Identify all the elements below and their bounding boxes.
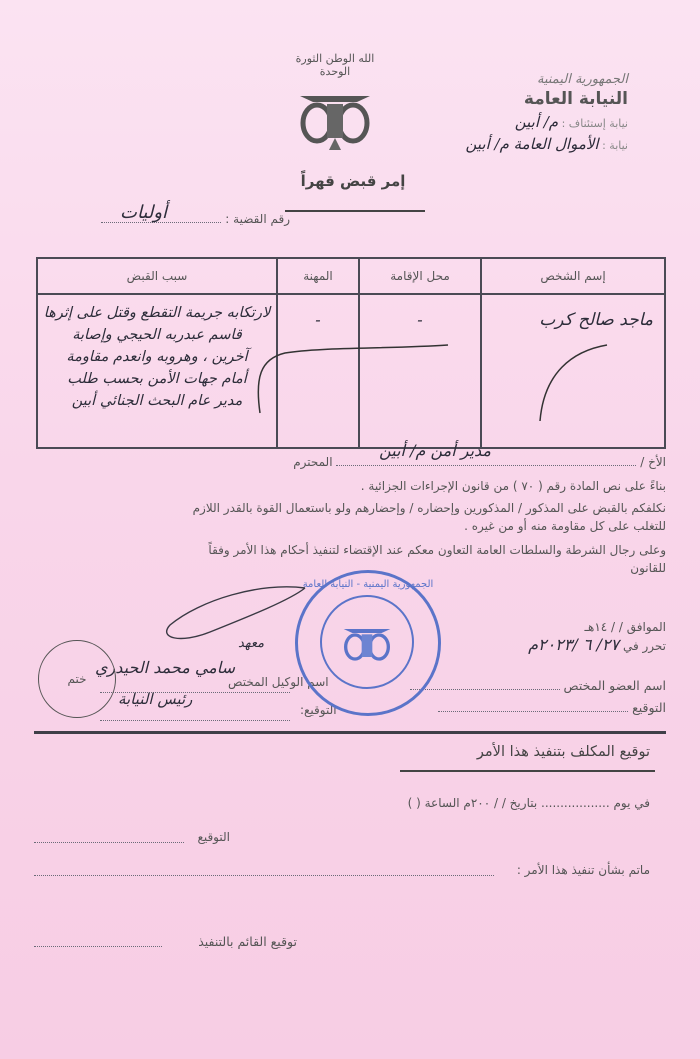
instruction-line-2: للتغلب على كل مقاومة منه أو من غيره . (26, 518, 666, 534)
official-stamp: الجمهورية اليمنية - النيابة العامة (295, 570, 441, 716)
cell-residence[interactable]: - (359, 294, 481, 448)
column-header-residence: محل الإقامة (359, 258, 481, 294)
addressee-suffix: المحترم (293, 455, 332, 469)
arrest-reason: لارتكابه جريمة التقطع وقتل على إثرها قاس… (39, 296, 275, 418)
member-sign-label: التوقيع (632, 700, 666, 715)
instruction-line-1: نكلفكم بالقبض على المذكور / المذكورين وإ… (26, 500, 666, 516)
appeal-prosecution-line: نيابة إستئناف : م/ أبين (348, 113, 628, 131)
person-name: ماجد صالح كرب (483, 296, 663, 330)
execution-result-label: ماتم بشأن تنفيذ هذا الأمر : (517, 863, 650, 877)
date-block: الموافق / / ١٤هـ تحرر في ٢٧/ ٦ /٢٠٢٣م (416, 618, 666, 655)
stamp-inner-ring (320, 595, 414, 689)
member-sign-row: التوقيع (366, 700, 666, 715)
column-header-name: إسم الشخص (481, 258, 665, 294)
executor-sign-field[interactable] (34, 946, 162, 947)
table-row: ماجد صالح كرب - - لارتكابه جريمة التقطع … (37, 294, 665, 448)
written-date-label: تحرر في (623, 639, 666, 653)
execution-title: توقيع المكلف بتنفيذ هذا الأمر (477, 744, 650, 760)
agent-title-handwritten: رئيس النيابة (118, 690, 192, 708)
residence-value: - (361, 296, 479, 329)
member-name-label: اسم العضو المختص (564, 678, 666, 693)
addressee-label: الأخ / (640, 455, 666, 469)
execution-sign-label: التوقيع (197, 830, 230, 844)
executor-sign-label: توقيع القائم بالتنفيذ (198, 934, 297, 949)
seal-placeholder: ختم (38, 640, 116, 718)
hijri-date-value[interactable]: / / ١٤هـ (585, 620, 623, 634)
execution-result-field[interactable] (34, 875, 494, 876)
stamp-emblem-icon (337, 617, 397, 667)
reason-line: لارتكابه جريمة التقطع وقتل على إثرها (43, 302, 271, 324)
strike-mark-icon (532, 343, 612, 423)
document-title: إمر قبض قهراً (278, 172, 428, 190)
case-number-label: رقم القضية : (225, 212, 290, 226)
addressee-field[interactable] (336, 465, 636, 466)
agent-name-handwritten: سامي محمد الحيدري (95, 658, 235, 677)
appeal-prosecution-label: نيابة إستئناف : (562, 117, 628, 130)
section-divider (34, 731, 666, 734)
republic-name: الجمهورية اليمنية (348, 72, 628, 87)
appeal-prosecution-value[interactable]: م/ أبين (515, 113, 558, 131)
case-number-row: رقم القضية : أوليات (30, 212, 290, 226)
cell-reason[interactable]: لارتكابه جريمة التقطع وقتل على إثرها قاس… (37, 294, 277, 448)
hijri-date-label: الموافق (627, 620, 666, 634)
execution-title-underline (400, 770, 655, 772)
addressee-value[interactable]: مدير أمن م/ أبين (379, 441, 491, 460)
addressee-row: الأخ / المحترم مدير أمن م/ أبين (26, 455, 666, 469)
arrest-table: إسم الشخص محل الإقامة المهنة سبب القبض م… (36, 257, 666, 449)
column-header-profession: المهنة (277, 258, 359, 294)
member-name-field[interactable] (410, 689, 560, 690)
reason-line: قاسم عبدربه الحيجي وإصابة (43, 324, 271, 346)
reason-line: مدير عام البحث الجنائي أبين (43, 390, 271, 412)
seal-label: ختم (67, 672, 86, 686)
execution-date-row[interactable]: في يوم .................. بتاريخ / / ٢٠٠… (150, 796, 650, 810)
cell-profession[interactable]: - (277, 294, 359, 448)
instruction-line-3: وعلى رجال الشرطة والسلطات العامة التعاون… (26, 542, 666, 558)
cell-name[interactable]: ماجد صالح كرب (481, 294, 665, 448)
reason-line: آخرين ، وهروبه وانعدم مقاومة (43, 346, 271, 368)
prosecution-label: نيابة : (602, 139, 628, 152)
title-underline (285, 210, 425, 212)
written-date-row: تحرر في ٢٧/ ٦ /٢٠٢٣م (416, 636, 666, 655)
organization-name: النيابة العامة (348, 89, 628, 109)
prosecution-line: نيابة : الأموال العامة م/ أبين (348, 135, 628, 153)
case-number-value[interactable]: أوليات (120, 202, 167, 223)
column-header-reason: سبب القبض (37, 258, 277, 294)
agent-sign-field[interactable] (100, 720, 290, 721)
stamp-text: الجمهورية اليمنية - النيابة العامة (298, 579, 438, 590)
issuing-authority: الجمهورية اليمنية النيابة العامة نيابة إ… (348, 72, 628, 153)
table-header-row: إسم الشخص محل الإقامة المهنة سبب القبض (37, 258, 665, 294)
execution-sign-field[interactable] (34, 842, 184, 843)
hijri-date-row: الموافق / / ١٤هـ (416, 618, 666, 636)
profession-value: - (279, 296, 357, 329)
member-sign-field[interactable] (438, 711, 628, 712)
written-date-value[interactable]: ٢٧/ ٦ /٢٠٢٣م (528, 635, 619, 654)
reason-line: أمام جهات الأمن بحسب طلب (43, 368, 271, 390)
prosecution-value[interactable]: الأموال العامة م/ أبين (465, 135, 598, 153)
article-line: بناءً على نص المادة رقم ( ٧٠ ) من قانون … (26, 478, 666, 494)
signature-scribble-icon (150, 580, 310, 650)
